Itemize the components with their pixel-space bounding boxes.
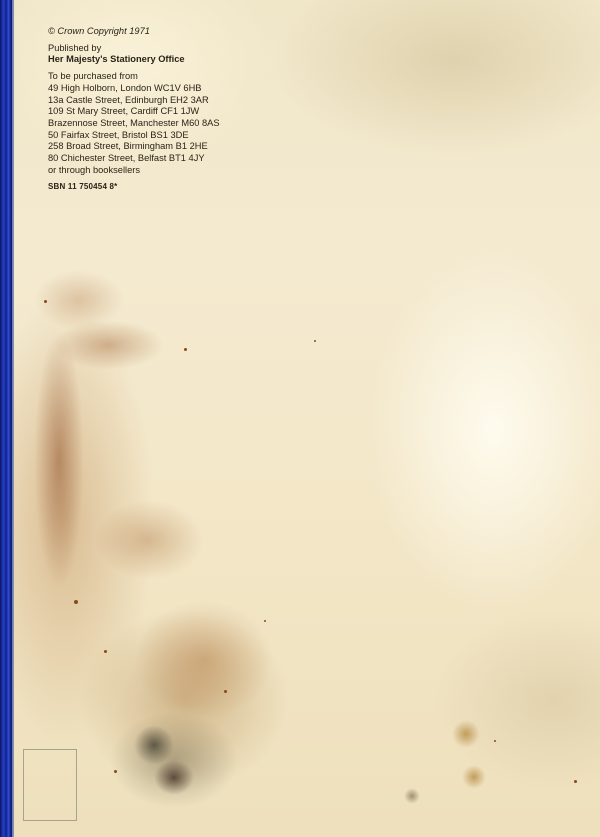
- library-label-outline: [23, 749, 77, 821]
- mold-stain: [154, 760, 194, 795]
- speck: [314, 340, 316, 342]
- water-stain: [452, 720, 480, 748]
- speck: [264, 620, 266, 622]
- address-line: 49 High Holborn, London WC1V 6HB: [48, 83, 220, 95]
- address-line: 13a Castle Street, Edinburgh EH2 3AR: [48, 95, 220, 107]
- publisher-name: Her Majesty's Stationery Office: [48, 54, 220, 66]
- address-line: 109 St Mary Street, Cardiff CF1 1JW: [48, 106, 220, 118]
- speck: [184, 348, 187, 351]
- sbn-number: SBN 11 750454 8*: [48, 181, 220, 193]
- speck: [494, 740, 496, 742]
- address-line: 80 Chichester Street, Belfast BT1 4JY: [48, 153, 220, 165]
- imprint-block: © Crown Copyright 1971 Published by Her …: [48, 26, 220, 193]
- speck: [44, 300, 47, 303]
- speck: [224, 690, 227, 693]
- purchase-label: To be purchased from: [48, 71, 220, 83]
- address-line: 258 Broad Street, Birmingham B1 2HE: [48, 141, 220, 153]
- foxing-stain: [134, 600, 274, 720]
- foxing-stain: [34, 330, 84, 590]
- speck: [104, 650, 107, 653]
- address-line: 50 Fairfax Street, Bristol BS1 3DE: [48, 130, 220, 142]
- address-line: or through booksellers: [48, 165, 220, 177]
- mold-stain: [134, 725, 174, 765]
- foxing-stain: [94, 500, 204, 580]
- foxing-stain: [34, 270, 124, 330]
- speck: [114, 770, 117, 773]
- water-stain: [404, 788, 420, 804]
- published-by-label: Published by: [48, 43, 220, 55]
- speck: [574, 780, 577, 783]
- water-stain: [462, 765, 486, 789]
- speck: [74, 600, 78, 604]
- address-line: Brazennose Street, Manchester M60 8AS: [48, 118, 220, 130]
- copyright-notice: © Crown Copyright 1971: [48, 26, 220, 38]
